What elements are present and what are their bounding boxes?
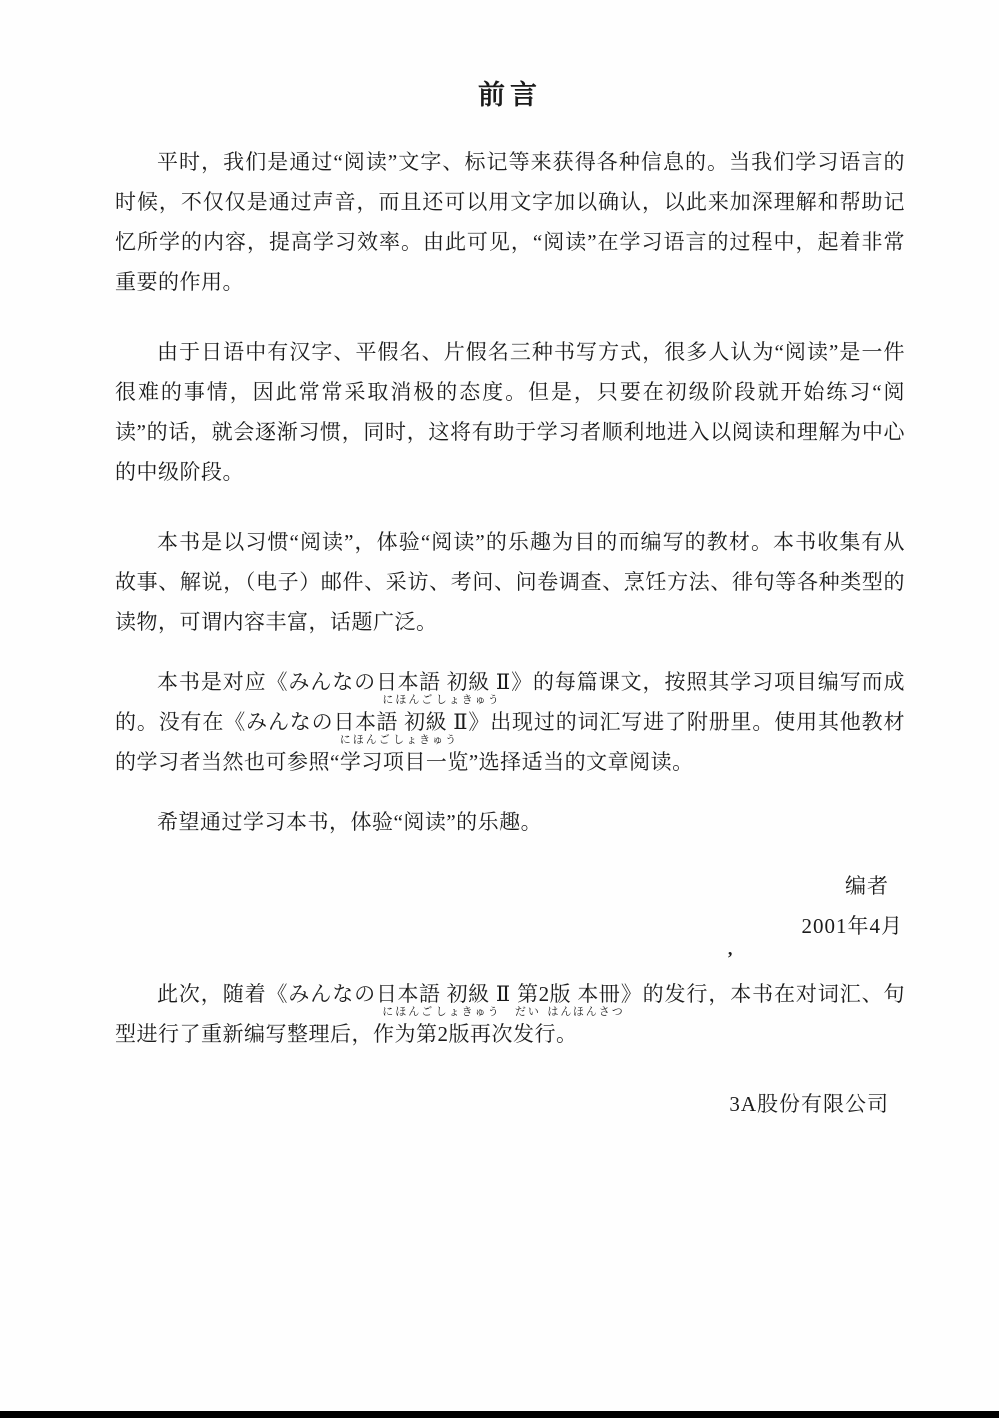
furigana: しょきゅう [393, 735, 458, 746]
scan-stray-mark: ’ [115, 946, 905, 970]
ruby-base: 日本語 [376, 982, 441, 1006]
furigana: しょきゅう [436, 1007, 501, 1018]
ruby-annotated-word: 日本語にほんご [334, 702, 399, 742]
ruby-base: 初級 [447, 982, 490, 1006]
ruby-base: 日本語 [376, 670, 441, 694]
ruby-base: 版 [550, 982, 572, 1006]
scanned-preface-page: 前言 平时，我们是通过“阅读”文字、标记等来获得各种信息的。当我们学习语言的时候… [0, 0, 999, 1418]
furigana: にほんご [382, 1007, 434, 1018]
page-title: 前言 [115, 78, 905, 112]
paragraph: 平时，我们是通过“阅读”文字、标记等来获得各种信息的。当我们学习语言的时候，不仅… [115, 142, 905, 302]
ruby-annotated-word: 初級しょきゅう [404, 702, 447, 742]
ruby-annotated-word: 本冊ほんさつ [577, 974, 620, 1014]
preface-body-text: 平时，我们是通过“阅读”文字、标记等来获得各种信息的。当我们学习语言的时候，不仅… [115, 142, 905, 842]
paragraph: 希望通过学习本书，体验“阅读”的乐趣。 [115, 802, 905, 842]
ruby-annotated-word: 日本語にほんご [376, 662, 441, 702]
ruby-annotated-word: 第だい [517, 974, 539, 1014]
paragraph: 此次，随着《みんなの日本語にほんご 初級しょきゅう Ⅱ 第だい2版はん 本冊ほん… [115, 974, 905, 1054]
ruby-base: 初級 [447, 670, 490, 694]
ruby-annotated-word: 初級しょきゅう [447, 974, 490, 1014]
ruby-annotated-word: 初級しょきゅう [447, 662, 490, 702]
paragraph: 本书是以习惯“阅读”，体验“阅读”的乐趣为目的而编写的教材。本书收集有从故事、解… [115, 522, 905, 642]
publisher-name: 3A股份有限公司 [115, 1084, 905, 1124]
furigana: だい [515, 1007, 541, 1018]
ruby-base: 日本語 [334, 710, 399, 734]
furigana: ほんさつ [573, 1007, 625, 1018]
paragraph: 本书是对应《みんなの日本語にほんご 初級しょきゅう Ⅱ》的每篇课文，按照其学习项… [115, 662, 905, 782]
postscript-body-text: 此次，随着《みんなの日本語にほんご 初級しょきゅう Ⅱ 第だい2版はん 本冊ほん… [115, 974, 905, 1054]
paragraph: 由于日语中有汉字、平假名、片假名三种书写方式，很多人认为“阅读”是一件很难的事情… [115, 332, 905, 492]
signature-date: 2001年4月 [115, 906, 905, 946]
ruby-base: 初級 [404, 710, 447, 734]
ruby-base: 第 [517, 982, 539, 1006]
furigana: にほんご [340, 735, 392, 746]
ruby-annotated-word: 日本語にほんご [376, 974, 441, 1014]
ruby-base: 本冊 [577, 982, 620, 1006]
scan-edge-artifact [0, 1411, 999, 1418]
ruby-annotated-word: 版はん [550, 974, 572, 1014]
signature-editor: 编者 [115, 866, 905, 906]
furigana: はん [547, 1007, 573, 1018]
